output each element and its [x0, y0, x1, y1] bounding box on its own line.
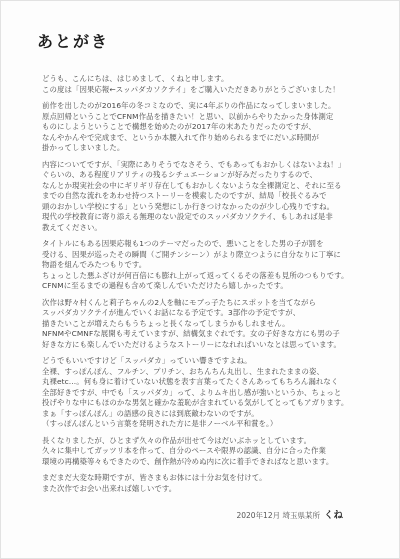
text-line: タイトルにもある因果応報も1つのテーマだったので、悪いことをした男の子が罰を	[42, 239, 373, 250]
text-line: 現代の学校教育に寄り添える無理のない設定でのスッパダカソクテイ、もしあれば是非	[42, 212, 373, 223]
text-line: CFNMに至るまでの過程も含めて楽しんでいただけたら嬉しかったです。	[42, 281, 373, 292]
text-line: 長くなりましたが、ひとまず久々の作品が出せて今はだいぶホッとしています。	[42, 436, 373, 447]
text-line: 内容についてですが、「実際にありそうでなさそう、でもあってもおかしくはないよね！…	[42, 160, 373, 171]
text-line: 描きたいことが増えたらもうちょっと長くなってしまうかもしれません。	[42, 319, 373, 330]
signature-line: 2020年12月 埼玉県某所くね	[236, 507, 343, 521]
text-line: 前作を出したのが2016年の冬コミなので、実に4年ぶりの作品になってしまいました…	[42, 101, 373, 112]
text-line: 原点回帰ということでCFNM作品を描きたい！と思い、以前からやりたかった身体測定	[42, 112, 373, 123]
paragraph: 長くなりましたが、ひとまず久々の作品が出せて今はだいぶホッとしています。久々に集…	[42, 436, 373, 468]
body-text: どうも、こんにちは、はじめまして、くねと申します。この度は「因果応報←スッパダカ…	[42, 74, 373, 494]
text-line: 掛かってしまいました。	[42, 143, 373, 154]
paragraph: 前作を出したのが2016年の冬コミなので、実に4年ぶりの作品になってしまいました…	[42, 101, 373, 154]
text-line: NFNMやCMNFな展開も考えていますが、結構気まぐれです。女の子好きな方にも男…	[42, 329, 373, 340]
paragraph: どうでもいいですけど「スッパダカ」っていい響きですよね。全裸、すっぽんぽん、フル…	[42, 356, 373, 430]
text-line: どうも、こんにちは、はじめまして、くねと申します。	[42, 74, 373, 85]
text-line: まぁ「すっぽんぽん」の語感の良さには到底敵わないのですが。	[42, 409, 373, 420]
paragraph: どうも、こんにちは、はじめまして、くねと申します。この度は「因果応報←スッパダカ…	[42, 74, 373, 95]
paragraph: まだまだ大変な時期ですが、皆さまもお体には十分お気を付けて。また次作でお会い出来…	[42, 473, 373, 494]
paragraph: 内容についてですが、「実際にありそうでなさそう、でもあってもおかしくはないよね！…	[42, 160, 373, 234]
text-line: 全裸、すっぽんぽん、フルチン、プリチン、おちんちん丸出し、生まれたままの姿、	[42, 367, 373, 378]
page-title: あとがき	[37, 29, 399, 52]
text-line: 物語を組んでみたつもりです。	[42, 260, 373, 271]
text-line: どうでもいいですけど「スッパダカ」っていい響きですよね。	[42, 356, 373, 367]
text-line: この度は「因果応報←スッパダカソクテイ」をご購入いただきありがとうございました！	[42, 85, 373, 96]
signature-date-place: 2020年12月 埼玉県某所	[236, 511, 320, 520]
text-line: までの自然な流れをあわせ持つストーリーを模索したのですが、結局「校長ぐるみで	[42, 191, 373, 202]
text-line: なんとか現実社会の中にギリギリ存在してもおかしくないような全裸測定と、それに至る	[42, 181, 373, 192]
text-line: 好きな方にも楽しんでいただけるようなストーリーになれればいいなとは思っています。	[42, 340, 373, 351]
afterword-page: あとがき どうも、こんにちは、はじめまして、くねと申します。この度は「因果応報←…	[0, 0, 400, 559]
text-line: 久々に集中してガッツリ本を作って、自分のペースや限界の認識、自分に合った作業	[42, 446, 373, 457]
text-line: 投げやりな中にもほのかな男気と確かな羞恥が含まれている気がしてとってもアガります…	[42, 398, 373, 409]
text-line: ぐらいの、ある程度リアリティの残るシチュエーションが好みだったりするので、	[42, 170, 373, 181]
text-line: 頭のおかしい学校にする」という発想にしか行きつけなかったのが少し心残りですね。	[42, 202, 373, 213]
text-line: 全部好きですが、中でも「スッパダカ」って、よりムキ出し感が強いというか、ちょっと	[42, 388, 373, 399]
text-line: スッパダカソクテイが進んでいくお話になる予定です。3部作の予定ですが、	[42, 308, 373, 319]
paragraph: 次作は野々村くんと莉子ちゃんの2人を軸にモブっ子たちにスポットを当てながらスッパ…	[42, 298, 373, 351]
text-line: ものにしようということで構想を始めたのが2017年の末あたりだったのですが、	[42, 122, 373, 133]
text-line: 教えてください。	[42, 223, 373, 234]
paragraph: タイトルにもある因果応報も1つのテーマだったので、悪いことをした男の子が罰を受け…	[42, 239, 373, 292]
text-line: （すっぽんぽんという言葉を発明された方に是非ノーベル平和賞を。）	[42, 419, 373, 430]
text-line: ちょっとした悪ふざけが何百倍にも膨れ上がって返ってくるその落差も見所のつもりです…	[42, 271, 373, 282]
text-line: なんやかんやで完成まで、というか本腰入れて作り始められるまでにだいぶ時間が	[42, 133, 373, 144]
text-line: 環境の再構築等々もできたので、創作熱が冷めぬ内に次に着手できればなと思います。	[42, 457, 373, 468]
text-line: まだまだ大変な時期ですが、皆さまもお体には十分お気を付けて。	[42, 473, 373, 484]
text-line: 丸裸etc…。何も身に着けていない状態を表す言葉ってたくさんあってもちろん漏れな…	[42, 377, 373, 388]
text-line: 受ける、因果が巡ったその瞬間（ご開チンシーン）がより際立つように自分なりに丁寧に	[42, 250, 373, 261]
signature-author: くね	[324, 510, 343, 521]
text-line: 次作は野々村くんと莉子ちゃんの2人を軸にモブっ子たちにスポットを当てながら	[42, 298, 373, 309]
text-line: また次作でお会い出来れば嬉しいです。	[42, 484, 373, 495]
